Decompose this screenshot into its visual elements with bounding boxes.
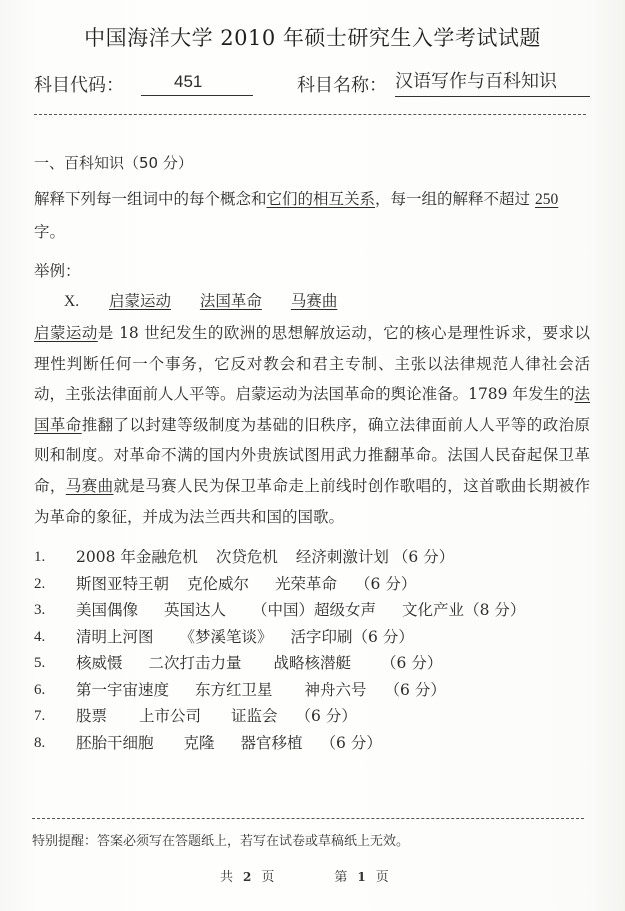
question-term: 克伦威尔: [187, 571, 249, 598]
exam-title: 中国海洋大学 2010 年硕士研究生入学考试试题: [0, 22, 625, 52]
question-term: 《梦溪笔谈》: [180, 624, 273, 651]
example-term: 法国革命: [200, 288, 262, 314]
question-number: 2.: [34, 571, 45, 598]
exam-page: 中国海洋大学 2010 年硕士研究生入学考试试题 科目代码： 451 科目名称：…: [0, 0, 625, 911]
question-term: 2008 年金融危机: [76, 544, 198, 571]
current-page-prefix: 第: [334, 866, 347, 885]
question-term: 胚胎干细胞: [76, 730, 154, 757]
question-term: 清明上河图: [76, 624, 154, 651]
subject-code-label: 科目代码：: [34, 71, 124, 97]
page-number-footer: 共2页第1页: [220, 866, 389, 885]
question-term: 克隆: [184, 730, 215, 757]
subject-code-value: 451: [141, 71, 253, 96]
question-item: 4. 清明上河图《梦溪笔谈》活字印刷（6 分）: [34, 624, 594, 651]
question-term: （中国）超级女声: [252, 597, 376, 624]
question-number: 7.: [34, 703, 45, 730]
question-term: 东方红卫星: [195, 677, 273, 704]
question-item: 3. 美国偶像英国达人（中国）超级女声文化产业（8 分）: [34, 597, 594, 624]
question-number: 8.: [34, 730, 45, 757]
question-term: 上市公司: [139, 703, 201, 730]
question-item: 7. 股票上市公司证监会（6 分）: [34, 703, 594, 730]
question-term: 器官移植: [241, 730, 303, 757]
question-number: 1.: [34, 544, 45, 571]
question-term: 神舟六号: [305, 677, 367, 704]
example-label: 举例：: [34, 255, 589, 288]
instruction-text: ，每一组的解释不超过: [375, 190, 535, 208]
section-heading: 一、百科知识（50 分）: [34, 152, 193, 173]
question-term: 股票: [76, 703, 107, 730]
question-item: 2. 斯图亚特王朝克伦威尔光荣革命（6 分）: [34, 571, 594, 598]
question-term: 斯图亚特王朝: [76, 571, 169, 598]
instruction-paragraph: 解释下列每一组词中的每个概念和它们的相互关系，每一组的解释不超过 250 字。: [34, 183, 589, 249]
question-number: 5.: [34, 650, 45, 677]
question-score: （6 分）: [385, 677, 446, 704]
instruction-text: 解释下列每一组词中的每个概念和: [34, 190, 267, 208]
question-term: 文化产业: [402, 597, 464, 624]
current-page: 1: [347, 870, 375, 884]
question-score: （8 分）: [464, 597, 525, 624]
example-term: 马赛曲: [291, 288, 338, 314]
question-term: 活字印刷: [291, 624, 353, 651]
question-number: 4.: [34, 624, 45, 651]
special-notice: 特别提醒：答案必须写在答题纸上，若写在试卷或草稿纸上无效。: [32, 830, 409, 849]
question-number: 6.: [34, 677, 45, 704]
question-score: （6 分）: [296, 703, 357, 730]
total-pages-suffix: 页: [261, 866, 274, 885]
instruction-text: 字。: [34, 223, 65, 241]
question-item: 1. 2008 年金融危机次贷危机经济刺激计划（6 分）: [34, 544, 594, 571]
question-term: 次贷危机: [216, 544, 278, 571]
question-term: 光荣革命: [275, 571, 337, 598]
subject-name-label: 科目名称：: [297, 71, 387, 97]
question-item: 5. 核威慑二次打击力量战略核潜艇（6 分）: [34, 650, 594, 677]
example-marker: X.: [64, 289, 104, 315]
question-item: 6. 第一宇宙速度东方红卫星神舟六号（6 分）: [34, 677, 594, 704]
question-term: 战略核潜艇: [274, 650, 352, 677]
example-answer-paragraph: 启蒙运动是 18 世纪发生的欧洲的思想解放运动，它的核心是理性诉求，要求以理性判…: [34, 318, 590, 532]
answer-term: 启蒙运动: [34, 324, 98, 342]
question-score: （6 分）: [353, 624, 414, 651]
total-pages: 2: [233, 870, 261, 884]
footer-divider: [32, 818, 584, 819]
question-score: （6 分）: [355, 571, 416, 598]
instruction-emphasis: 它们的相互关系: [267, 190, 376, 208]
subject-name-value: 汉语写作与百科知识: [395, 71, 590, 97]
question-item: 8. 胚胎干细胞克隆器官移植（6 分）: [34, 730, 594, 757]
header-divider: [34, 114, 586, 115]
question-term: 英国达人: [164, 597, 226, 624]
total-pages-prefix: 共: [220, 866, 233, 885]
question-term: 核威慑: [76, 650, 123, 677]
question-list: 1. 2008 年金融危机次贷危机经济刺激计划（6 分） 2. 斯图亚特王朝克伦…: [34, 544, 594, 756]
question-term: 经济刺激计划: [296, 544, 389, 571]
answer-text: 就是马赛人民为保卫革命走上前线时创作歌唱的，这首歌曲长期被作为革命的象征，并成为…: [34, 477, 590, 526]
question-term: 第一宇宙速度: [76, 677, 169, 704]
question-term: 美国偶像: [76, 597, 138, 624]
answer-term: 马赛曲: [66, 477, 114, 495]
question-number: 3.: [34, 597, 45, 624]
word-limit: 250: [535, 191, 558, 208]
question-term: 证监会: [231, 703, 278, 730]
subject-info-row: 科目代码： 451 科目名称： 汉语写作与百科知识: [34, 71, 594, 97]
question-score: （6 分）: [321, 730, 382, 757]
example-row: X. 启蒙运动 法国革命 马赛曲: [64, 288, 361, 315]
question-score: （6 分）: [381, 650, 442, 677]
question-term: 二次打击力量: [149, 650, 242, 677]
answer-text: 是 18 世纪发生的欧洲的思想解放运动，它的核心是理性诉求，要求以理性判断任何一…: [34, 324, 590, 403]
current-page-suffix: 页: [376, 866, 389, 885]
question-score: （6 分）: [393, 544, 454, 571]
example-term: 启蒙运动: [109, 288, 171, 314]
